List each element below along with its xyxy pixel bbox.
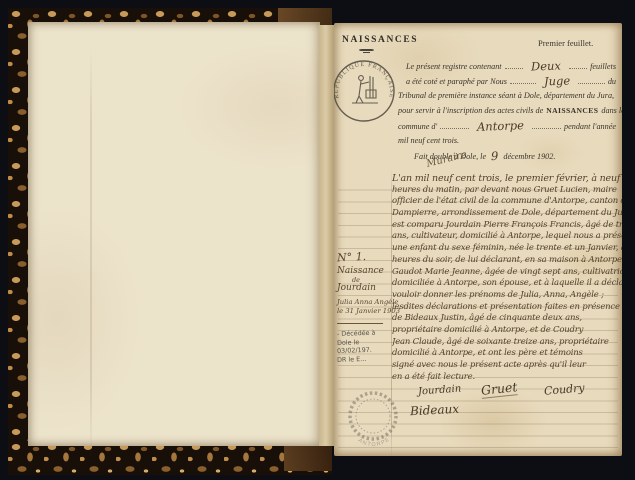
printed-text-bold: NAISSANCES <box>543 103 601 118</box>
act-line: Dampierre, arrondissement de Dole, dépar… <box>392 208 622 220</box>
endpaper-crease <box>90 48 92 464</box>
preamble-line: Tribunal de première instance séant à Do… <box>398 88 616 103</box>
act-number: N° 1. <box>337 249 392 265</box>
act-line: est comparu Jourdain Pierre François Fra… <box>392 220 622 232</box>
act-line: lesdites déclarations et présentation fa… <box>392 302 622 314</box>
act-line: officier de l'état civil de la commune d… <box>392 196 622 208</box>
act-line: de Bideaux Justin, âgé de cinquante deux… <box>392 313 622 325</box>
preamble-line: a été coté et paraphé par Nous Juge du <box>398 73 616 88</box>
act-line: Gaudot Marie Jeanne, âgée de vingt sept … <box>392 267 622 279</box>
printed-preamble: Le présent registre contenant Deux feuil… <box>398 58 616 163</box>
dotted-blank <box>505 68 523 69</box>
book-scan: NAISSANCES Premier feuillet. RÉPUBLIQUE … <box>0 0 635 480</box>
svg-text:RÉPUBLIQUE FRANÇAISE: RÉPUBLIQUE FRANÇAISE <box>334 62 394 99</box>
title-flourish <box>359 49 374 51</box>
act-line: Jean Claude, âgé de soixante treize ans,… <box>392 337 622 349</box>
death-note-line: DR le E... <box>337 354 391 364</box>
mairie-wreath-stamp: ANTORPE <box>342 389 406 456</box>
printed-text: feuillets <box>590 59 616 74</box>
act-line: domiciliée à Antorpe, son épouse, et à l… <box>392 278 622 290</box>
marianne-figure-icon <box>352 76 378 103</box>
margin-line: Jourdain <box>337 283 391 294</box>
republique-francaise-seal-stamp: RÉPUBLIQUE FRANÇAISE <box>334 56 398 126</box>
margin-annotations: N° 1. Naissance de Jourdain Julia Anna A… <box>337 250 391 363</box>
preamble-line: pour servir à l'inscription des actes ci… <box>398 103 616 118</box>
margin-separator-line <box>337 323 383 324</box>
seal-legend: RÉPUBLIQUE FRANÇAISE <box>334 62 394 99</box>
printed-text: pendant l'année <box>564 119 616 134</box>
register-page: NAISSANCES Premier feuillet. RÉPUBLIQUE … <box>334 23 622 456</box>
handwritten-fill: Juge <box>539 73 576 89</box>
page-title: NAISSANCES <box>342 35 418 45</box>
dotted-blank <box>578 83 604 84</box>
margin-line: le 31 Janvier 1903 <box>337 307 391 316</box>
dotted-blank <box>532 128 561 129</box>
printed-text: dans la <box>601 103 622 118</box>
act-line: L'an mil neuf cent trois, le premier fév… <box>392 173 622 185</box>
handwritten-fill: Antorpe <box>472 118 529 135</box>
act-line: heures du matin, par devant nous Gruet L… <box>392 185 622 197</box>
act-line: domicilié à Antorpe, et ont les père et … <box>392 348 622 360</box>
preamble-line: commune d' Antorpe pendant l'année <box>398 118 616 133</box>
act-line: une enfant du sexe féminin, née le trent… <box>392 243 622 255</box>
printed-text: Le présent registre contenant <box>406 59 502 74</box>
left-endpaper-blank-page <box>28 22 320 446</box>
act-line: ans, cultivateur, domicilié à Antorpe, l… <box>392 231 622 243</box>
printed-text: Tribunal de première instance séant à Do… <box>398 88 614 103</box>
title-flourish <box>363 52 370 53</box>
printed-text: du <box>608 74 616 89</box>
handwritten-fill: 9 <box>486 149 504 165</box>
dotted-blank <box>440 128 469 129</box>
signature-bideaux: Bideaux <box>410 402 460 419</box>
folio-label: Premier feuillet. <box>538 38 593 48</box>
preamble-line: mil neuf cent trois. <box>398 133 616 148</box>
act-line: heures du soir, de lui déclarant, en sa … <box>392 255 622 267</box>
printed-text: a été coté et paraphé par Nous <box>406 74 507 89</box>
dotted-blank <box>510 83 536 84</box>
margin-line: Julia Anna Angèle <box>337 298 391 307</box>
margin-line: Naissance <box>337 266 391 277</box>
printed-text: commune d' <box>398 119 437 134</box>
preamble-line: Le présent registre contenant Deux feuil… <box>398 58 616 73</box>
printed-text: pour servir à l'inscription des actes ci… <box>398 103 543 118</box>
printed-text: décembre 1902. <box>503 149 555 164</box>
act-line: propriétaire domicilié à Antorpe, et de … <box>392 325 622 337</box>
printed-text: mil neuf cent trois. <box>398 133 459 148</box>
dotted-blank <box>569 68 587 69</box>
act-body-handwriting: L'an mil neuf cent trois, le premier fév… <box>392 173 622 383</box>
act-line: vouloir donner les prénoms de Julia, Ann… <box>392 290 622 302</box>
handwritten-fill: Deux <box>526 58 566 74</box>
act-line: signé avec nous le présent acte après qu… <box>392 360 622 372</box>
